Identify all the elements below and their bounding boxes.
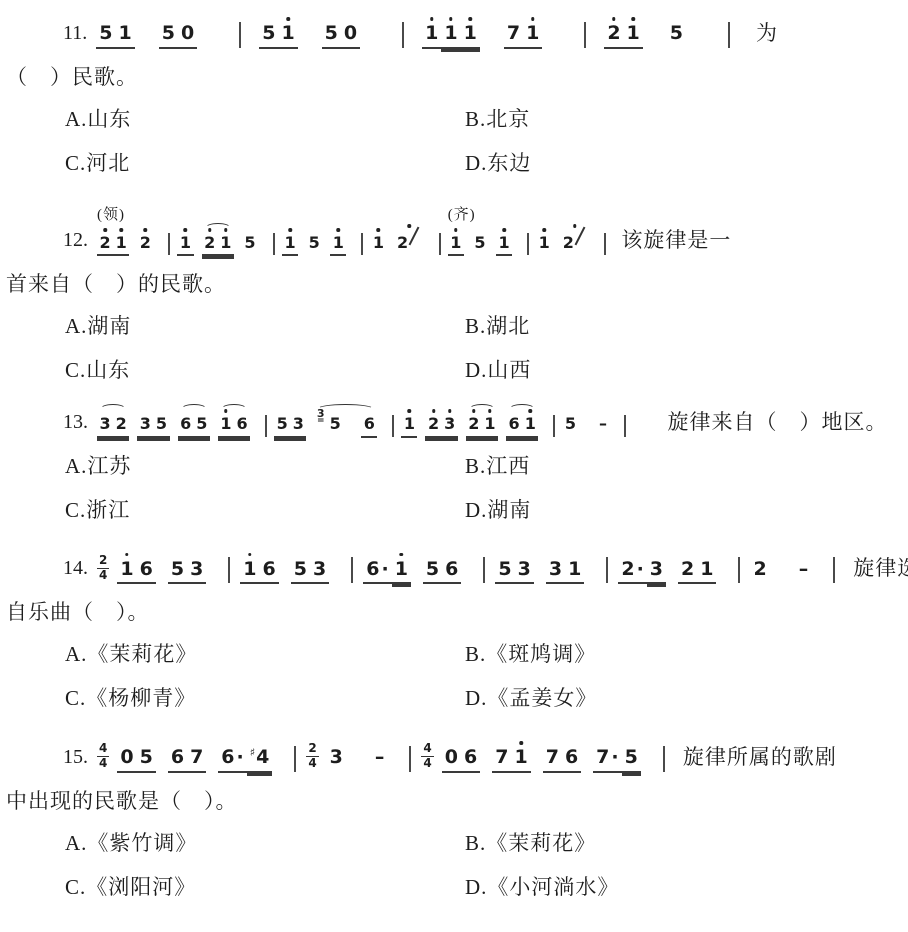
- note: 1: [448, 233, 464, 256]
- note: 5: [306, 233, 322, 256]
- question-number: 12.: [63, 229, 88, 256]
- option-d: D.《孟姜女》: [465, 682, 908, 712]
- question-number: 14.: [63, 557, 88, 584]
- note: 5: [194, 414, 210, 437]
- octave-dot: [542, 228, 546, 232]
- note: 3: [546, 558, 565, 585]
- question-12-line: 12. (领)212121515112(齐)15112 该旋律是一: [63, 195, 908, 256]
- note: 5: [472, 233, 488, 256]
- octave-dot: [529, 409, 533, 413]
- question-11-line: 11. 5150515011171215 为: [63, 10, 908, 49]
- barline: [409, 746, 411, 772]
- time-signature: 24: [306, 742, 318, 771]
- question-15-line: 15. 4405676·♯4243–440671767·5 旋律所属的歌剧: [63, 730, 908, 773]
- question-13: 13. 32356516533=5612321615– 旋律来自（ ）地区。 A…: [0, 402, 908, 523]
- note: 6: [361, 414, 377, 437]
- octave-dot: [488, 409, 492, 413]
- time-signature: 24: [97, 554, 109, 583]
- note: –: [796, 558, 812, 585]
- note-group: 16: [218, 414, 250, 437]
- question-14-line: 14. 24165316536·15653312·3212– 旋律选: [63, 542, 908, 585]
- note-group: 21: [604, 22, 642, 49]
- question-15-wrap-text: 中出现的民歌是（ ）。: [6, 785, 908, 815]
- note: 6: [506, 414, 522, 437]
- note: 0: [341, 22, 360, 49]
- slur-arc: [100, 404, 126, 414]
- note-group: 16: [117, 558, 155, 585]
- time-signature: 44: [421, 742, 433, 771]
- option-b: B.北京: [465, 103, 908, 133]
- note: 2·: [618, 558, 646, 585]
- question-11-options: A.山东B.北京C.河北D.东边: [65, 103, 908, 177]
- barline: [273, 233, 275, 255]
- note: 3: [515, 558, 534, 585]
- octave-dot: [449, 17, 453, 21]
- question-15-options: A.《紫竹调》B.《茉莉花》C.《浏阳河》D.《小河淌水》: [65, 827, 908, 901]
- octave-dot: [208, 228, 212, 232]
- octave-dot: [337, 228, 341, 232]
- option-c: C.河北: [65, 147, 465, 177]
- octave-dot: [612, 17, 616, 21]
- note: 2: [560, 229, 589, 256]
- note-group: 1: [177, 233, 193, 256]
- note: 3: [97, 414, 113, 437]
- note: 1: [113, 233, 129, 256]
- question-13-line: 13. 32356516533=5612321615– 旋律来自（ ）地区。: [63, 402, 908, 437]
- note-group: 53: [274, 414, 306, 437]
- octave-dot: [377, 228, 381, 232]
- barline: [527, 233, 529, 255]
- note-group: 5: [667, 22, 686, 49]
- barline: [239, 22, 241, 48]
- note: 7·: [593, 746, 621, 773]
- note: 0: [442, 746, 461, 773]
- note: 5: [622, 746, 641, 773]
- note: 1: [218, 233, 234, 256]
- octave-dot: [519, 741, 523, 745]
- octave-dot: [448, 409, 452, 413]
- note: 2: [678, 558, 697, 585]
- note: 1: [697, 558, 716, 585]
- question-13-text: 旋律来自（ ）地区。: [667, 406, 887, 438]
- option-d: D.东边: [465, 147, 908, 177]
- barline: [728, 22, 730, 48]
- note: 1: [496, 233, 512, 256]
- note: 1: [116, 22, 135, 49]
- option-a: A.《紫竹调》: [65, 827, 465, 857]
- note-group: 23: [425, 414, 457, 437]
- note: 5: [153, 414, 169, 437]
- octave-dot: [430, 17, 434, 21]
- note: 3: [327, 746, 346, 773]
- note: 1: [422, 22, 441, 49]
- note-group: 61: [506, 414, 538, 437]
- octave-dot: [103, 228, 107, 232]
- note-group: 1: [330, 233, 346, 256]
- note: 6: [562, 746, 581, 773]
- part-label: (领): [97, 203, 125, 224]
- note: 5: [137, 746, 156, 773]
- note-group: 5–: [562, 414, 609, 437]
- notation-q15: 4405676·♯4243–440671767·5: [97, 730, 675, 773]
- question-14-text: 旋律选: [853, 552, 908, 584]
- note-group: 2–: [750, 558, 811, 585]
- note: 1: [177, 233, 193, 256]
- option-c: C.《杨柳青》: [65, 682, 465, 712]
- note-group: 71: [492, 746, 530, 773]
- barline: [228, 557, 230, 583]
- note: 1: [511, 746, 530, 773]
- note: 5: [327, 414, 343, 437]
- note-group: 1: [282, 233, 298, 256]
- barline: [604, 233, 606, 255]
- note: 1: [117, 558, 136, 585]
- option-b: B.《茉莉花》: [465, 827, 908, 857]
- note-group: 3=56: [314, 414, 377, 437]
- document-page: 11. 5150515011171215 为 （ ）民歌。 A.山东B.北京C.…: [0, 10, 908, 932]
- note-group: 06: [442, 746, 480, 773]
- note: 0: [117, 746, 136, 773]
- octave-dot: [125, 553, 129, 557]
- note: 5: [159, 22, 178, 49]
- note-group: 5: [242, 233, 258, 256]
- note-group: 51: [259, 22, 297, 49]
- question-12-options: A.湖南B.湖北C.山东D.山西: [65, 310, 908, 384]
- note: 7: [187, 746, 206, 773]
- note: 5: [562, 414, 578, 437]
- octave-dot: [472, 409, 476, 413]
- glissando-mark: [577, 230, 587, 248]
- question-14-wrap-text: 自乐曲（ ）。: [6, 596, 908, 626]
- note-group: 1: [536, 233, 552, 256]
- note: 1: [278, 22, 297, 49]
- note: 2: [604, 22, 623, 49]
- note-group: (齐)1: [448, 233, 464, 256]
- glissando-mark: [411, 230, 421, 248]
- note-group: 56: [423, 558, 461, 585]
- question-11-wrap-text: （ ）民歌。: [6, 61, 908, 91]
- note: 6: [178, 414, 194, 437]
- notation-q11: 5150515011171215: [96, 10, 748, 49]
- octave-dot: [184, 228, 188, 232]
- barline: [265, 415, 267, 437]
- option-a: A.湖南: [65, 310, 465, 340]
- option-c: C.山东: [65, 354, 465, 384]
- note: 1: [330, 233, 346, 256]
- note: 6: [461, 746, 480, 773]
- barline: [584, 22, 586, 48]
- barline: [361, 233, 363, 255]
- octave-dot: [248, 553, 252, 557]
- note: 1: [565, 558, 584, 585]
- note-group: 7·5: [593, 746, 641, 773]
- option-c: C.《浏阳河》: [65, 871, 465, 901]
- octave-dot: [468, 17, 472, 21]
- option-d: D.《小河淌水》: [465, 871, 908, 901]
- note: 5: [667, 22, 686, 49]
- note-group: 6·♯4: [218, 746, 272, 773]
- note: 2: [97, 233, 113, 256]
- note: 7: [492, 746, 511, 773]
- barline: [483, 557, 485, 583]
- note: 1: [522, 414, 538, 437]
- note-group: 21: [466, 414, 498, 437]
- note: 1: [624, 22, 643, 49]
- octave-dot: [288, 228, 292, 232]
- note: 2: [750, 558, 769, 585]
- note: 5: [291, 558, 310, 585]
- barline: [351, 557, 353, 583]
- octave-dot: [407, 224, 411, 228]
- barline: [833, 557, 835, 583]
- note: 6: [168, 746, 187, 773]
- barline: [439, 233, 441, 255]
- part-label: (齐): [448, 203, 476, 224]
- barline: [402, 22, 404, 48]
- note: 6·: [363, 558, 391, 585]
- note: 7: [504, 22, 523, 49]
- note: 3: [647, 558, 666, 585]
- note: 3: [310, 558, 329, 585]
- note-group: 71: [504, 22, 542, 49]
- note: 2: [425, 414, 441, 437]
- note: 5: [242, 233, 258, 256]
- note: 2: [137, 233, 153, 256]
- note: 1: [401, 414, 417, 437]
- note: 2: [202, 233, 218, 256]
- note-group: 76: [543, 746, 581, 773]
- note: 3: [137, 414, 153, 437]
- question-number: 11.: [63, 22, 87, 49]
- note: 3: [187, 558, 206, 585]
- note: 6: [234, 414, 250, 437]
- note-group: 53: [495, 558, 533, 585]
- note-group: 05: [117, 746, 155, 773]
- note-group: 21: [202, 233, 234, 256]
- note-group: 31: [546, 558, 584, 585]
- note: 5: [423, 558, 442, 585]
- note: 1: [370, 233, 386, 256]
- note: 6·: [218, 746, 246, 773]
- note: 1: [461, 22, 480, 49]
- note-group: 2: [395, 229, 424, 256]
- octave-dot: [400, 553, 404, 557]
- note: 6: [442, 558, 461, 585]
- question-12-wrap-text: 首来自（ ）的民歌。: [6, 268, 908, 298]
- option-c: C.浙江: [65, 494, 465, 524]
- octave-dot: [432, 409, 436, 413]
- note: 3: [442, 414, 458, 437]
- note: –: [372, 746, 388, 773]
- note: 3=: [314, 407, 327, 428]
- octave-dot: [531, 17, 535, 21]
- question-number: 13.: [63, 411, 88, 438]
- question-12: 12. (领)212121515112(齐)15112 该旋律是一 首来自（ ）…: [0, 195, 908, 384]
- note-group: 1: [370, 233, 386, 256]
- note-group: 6·1: [363, 558, 411, 585]
- notation-q13: 32356516533=5612321615–: [97, 402, 659, 437]
- octave-dot: [224, 228, 228, 232]
- octave-dot: [224, 409, 228, 413]
- note: 1: [523, 22, 542, 49]
- note: 1: [392, 558, 411, 585]
- question-11-text: 为: [756, 17, 778, 49]
- note: 5: [96, 22, 115, 49]
- barline: [624, 415, 626, 437]
- note-group: 53: [168, 558, 206, 585]
- barline: [294, 746, 296, 772]
- note: 7: [543, 746, 562, 773]
- note-group: 5: [306, 233, 322, 256]
- note-group: 2: [560, 229, 589, 256]
- note-group: 111: [422, 22, 480, 49]
- notation-q14: 24165316536·15653312·3212–: [97, 542, 845, 585]
- note-group: 2·3: [618, 558, 666, 585]
- note-group: 1: [401, 414, 417, 437]
- note-group: 65: [178, 414, 210, 437]
- note: –: [596, 414, 609, 437]
- octave-dot: [286, 17, 290, 21]
- note-group: 51: [96, 22, 134, 49]
- note-group: 32: [97, 414, 129, 437]
- barline: [553, 415, 555, 437]
- note-group: 16: [240, 558, 278, 585]
- question-15-text: 旋律所属的歌剧: [683, 741, 837, 773]
- note: 5: [168, 558, 187, 585]
- note: ♯4: [247, 746, 273, 773]
- barline: [392, 415, 394, 437]
- octave-dot: [573, 224, 577, 228]
- option-d: D.山西: [465, 354, 908, 384]
- note: 1: [282, 233, 298, 256]
- option-b: B.《斑鸠调》: [465, 638, 908, 668]
- note: 2: [466, 414, 482, 437]
- option-b: B.湖北: [465, 310, 908, 340]
- barline: [168, 233, 170, 255]
- note: 6: [260, 558, 279, 585]
- octave-dot: [119, 228, 123, 232]
- note: 5: [274, 414, 290, 437]
- note-group: 2: [137, 233, 153, 256]
- note-group: 50: [159, 22, 197, 49]
- question-15: 15. 4405676·♯4243–440671767·5 旋律所属的歌剧 中出…: [0, 730, 908, 901]
- barline: [663, 746, 665, 772]
- note: 0: [178, 22, 197, 49]
- note: 1: [218, 414, 234, 437]
- option-d: D.湖南: [465, 494, 908, 524]
- note: 5: [259, 22, 278, 49]
- barline: [738, 557, 740, 583]
- option-a: A.江苏: [65, 450, 465, 480]
- note: 2: [395, 229, 424, 256]
- note: 1: [240, 558, 259, 585]
- note-group: 21: [678, 558, 716, 585]
- octave-dot: [408, 409, 412, 413]
- note: 5: [495, 558, 514, 585]
- notation-q12: (领)212121515112(齐)15112: [97, 195, 613, 256]
- slur-arc: [181, 404, 207, 414]
- option-b: B.江西: [465, 450, 908, 480]
- question-14: 14. 24165316536·15653312·3212– 旋律选 自乐曲（ …: [0, 542, 908, 713]
- time-signature: 44: [97, 742, 109, 771]
- question-12-text: 该旋律是一: [621, 224, 731, 256]
- note-group: (领)21: [97, 233, 129, 256]
- question-number: 15.: [63, 746, 88, 773]
- note: 3: [290, 414, 306, 437]
- octave-dot: [144, 228, 148, 232]
- octave-dot: [454, 228, 458, 232]
- sharp-icon: ♯: [250, 746, 255, 759]
- note: 1: [441, 22, 460, 49]
- note-group: 50: [322, 22, 360, 49]
- note: 1: [536, 233, 552, 256]
- note-group: 35: [137, 414, 169, 437]
- note-group: 3–: [327, 746, 388, 773]
- note-group: 53: [291, 558, 329, 585]
- barline: [606, 557, 608, 583]
- octave-dot: [502, 228, 506, 232]
- note-group: 67: [168, 746, 206, 773]
- note: 5: [322, 22, 341, 49]
- note: 1: [482, 414, 498, 437]
- question-13-options: A.江苏B.江西C.浙江D.湖南: [65, 450, 908, 524]
- note: 6: [137, 558, 156, 585]
- octave-dot: [631, 17, 635, 21]
- note-group: 5: [472, 233, 488, 256]
- option-a: A.《茉莉花》: [65, 638, 465, 668]
- note-group: 1: [496, 233, 512, 256]
- question-14-options: A.《茉莉花》B.《斑鸠调》C.《杨柳青》D.《孟姜女》: [65, 638, 908, 712]
- option-a: A.山东: [65, 103, 465, 133]
- question-11: 11. 5150515011171215 为 （ ）民歌。 A.山东B.北京C.…: [0, 10, 908, 177]
- note: 2: [113, 414, 129, 437]
